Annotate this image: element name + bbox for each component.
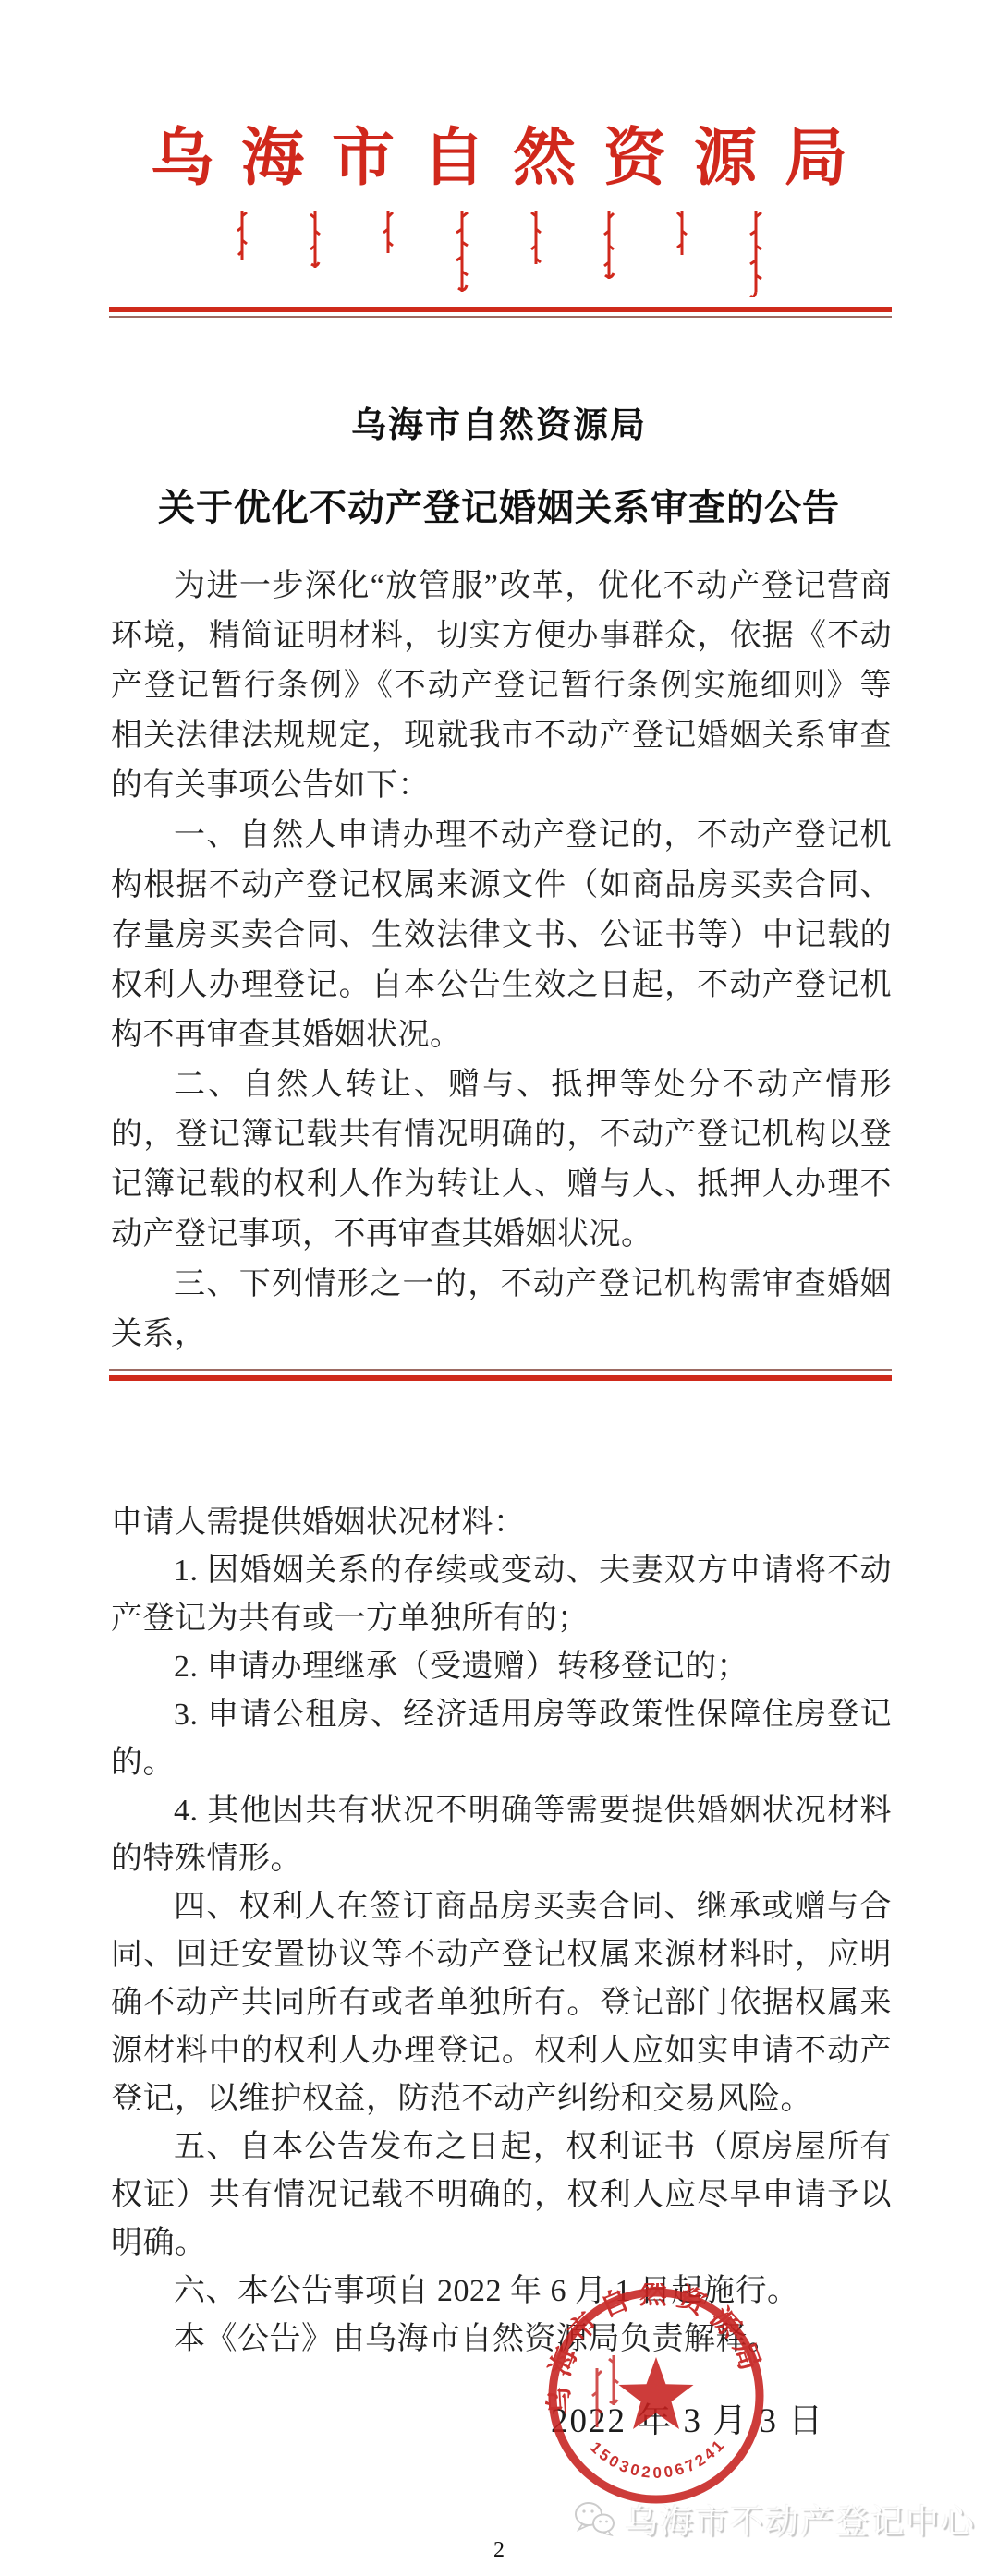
document-title: 乌海市自然资源局 关于优化不动产登记婚姻关系审查的公告 (0, 403, 998, 534)
document-title-line1: 乌海市自然资源局 (0, 403, 998, 449)
paragraph: 六、本公告事项自 2022 年 6 月 1 日起施行。 (111, 2268, 892, 2316)
letterhead: 乌海市自然资源局 (0, 0, 998, 318)
paragraph: 2. 申请办理继承（受遗赠）转移登记的； (111, 1643, 892, 1691)
divider-thick-line (109, 1375, 892, 1381)
mongolian-glyph (235, 209, 249, 262)
document-title-line2: 关于优化不动产登记婚姻关系审查的公告 (0, 482, 998, 534)
divider-thin-line (109, 1369, 892, 1371)
seal-star-icon (619, 2357, 694, 2429)
seal-mongolian-glyph (592, 2368, 602, 2427)
paragraph: 本《公告》由乌海市自然资源局负责解释。 (111, 2316, 892, 2364)
mongolian-glyph (748, 209, 763, 297)
letterhead-divider (109, 307, 892, 318)
wechat-icon (573, 2500, 615, 2539)
official-seal: 乌海市自然资源局 1503020067241 (545, 2283, 767, 2505)
paragraph: 为进一步深化“放管服”改革，优化不动产登记营商环境，精简证明材料，切实方便办事群… (111, 562, 892, 811)
paragraph: 二、自然人转让、赠与、抵押等处分不动产情形的，登记簿记载共有情况明确的，不动产登… (111, 1060, 892, 1260)
mongolian-glyph (308, 209, 322, 270)
body-page1: 为进一步深化“放管服”改革，优化不动产登记营商环境，精简证明材料，切实方便办事群… (111, 562, 892, 1360)
paragraph: 申请人需提供婚姻状况材料： (111, 1499, 892, 1547)
announcement-document: 乌海市自然资源局 乌海市自然资源局 关于优化不动产登记婚姻关系审查的公告 为进一… (0, 0, 998, 2576)
body-page2: 申请人需提供婚姻状况材料： 1. 因婚姻关系的存续或变动、夫妻双方申请将不动产登… (111, 1499, 892, 2364)
paragraph: 3. 申请公租房、经济适用房等政策性保障住房登记的。 (111, 1691, 892, 1787)
paragraph: 一、自然人申请办理不动产登记的，不动产登记机构根据不动产登记权属来源文件（如商品… (111, 811, 892, 1060)
letterhead-agency-title: 乌海市自然资源局 (0, 122, 998, 194)
paragraph: 五、自本公告发布之日起，权利证书（原房屋所有权证）共有情况记载不明确的，权利人应… (111, 2123, 892, 2268)
mongolian-script (0, 209, 998, 297)
mongolian-glyph (602, 209, 615, 281)
paragraph: 四、权利人在签订商品房买卖合同、继承或赠与合同、回迁安置协议等不动产登记权属来源… (111, 1883, 892, 2123)
page-number: 2 (0, 2538, 998, 2563)
paragraph: 三、下列情形之一的，不动产登记机构需审查婚姻关系， (111, 1260, 892, 1360)
seal-code: 1503020067241 (587, 2435, 729, 2482)
divider-thick-line (109, 307, 892, 312)
seal-mongolian-glyph (609, 2355, 618, 2405)
paragraph: 1. 因婚姻关系的存续或变动、夫妻双方申请将不动产登记为共有或一方单独所有的； (111, 1547, 892, 1643)
divider-thin-line (109, 316, 892, 318)
page-break-divider (109, 1369, 892, 1381)
mongolian-glyph (381, 209, 395, 255)
paragraph: 4. 其他因共有状况不明确等需要提供婚姻状况材料的特殊情形。 (111, 1787, 892, 1883)
mongolian-glyph (454, 209, 469, 294)
mongolian-glyph (529, 209, 542, 266)
mongolian-glyph (675, 209, 688, 257)
